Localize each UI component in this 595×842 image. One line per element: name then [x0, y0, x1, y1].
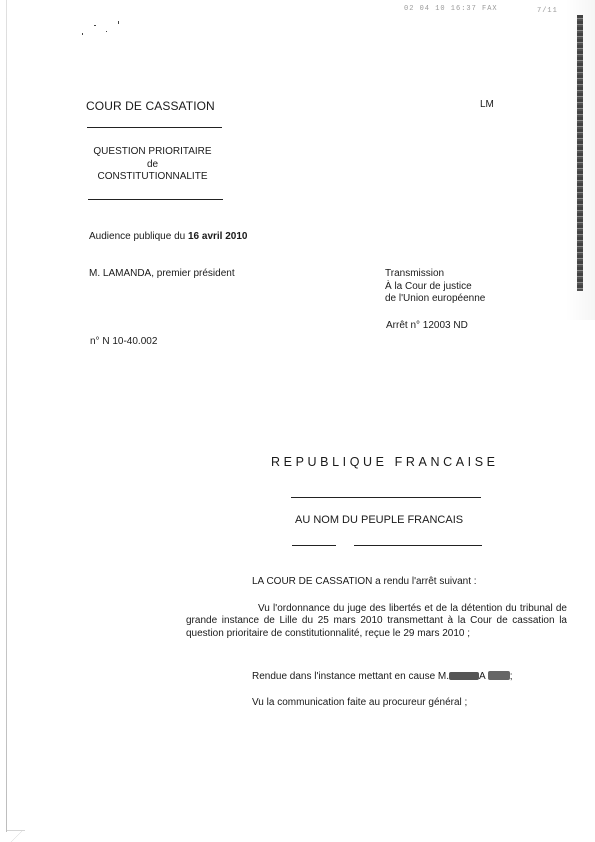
- clerk-initials: LM: [480, 99, 494, 110]
- procedure-type: QUESTION PRIORITAIRE de CONSTITUTIONNALI…: [86, 146, 219, 184]
- divider: [291, 497, 481, 498]
- paragraph-instance: Rendue dans l'instance mettant en cause …: [252, 671, 512, 682]
- ruling-intro: LA COUR DE CASSATION a rendu l'arrêt sui…: [252, 576, 477, 587]
- redacted-name: [449, 672, 479, 680]
- court-name: COUR DE CASSATION: [86, 99, 215, 113]
- divider: [87, 127, 222, 128]
- procedure-line-3: CONSTITUTIONNALITE: [86, 171, 219, 184]
- scan-speck: [94, 25, 96, 26]
- president: M. LAMANDA, premier président: [89, 268, 235, 279]
- transmission-line-1: Transmission: [385, 268, 485, 281]
- divider: [292, 545, 336, 546]
- republic-heading: REPUBLIQUE FRANCAISE: [271, 455, 499, 469]
- scan-speck: [106, 31, 107, 32]
- procedure-line-1: QUESTION PRIORITAIRE: [86, 146, 219, 159]
- divider: [88, 199, 223, 200]
- case-number: n° N 10-40.002: [90, 336, 157, 347]
- redacted-initial: A: [479, 671, 486, 682]
- instance-text: Rendue dans l'instance mettant en cause …: [252, 671, 449, 682]
- fax-side-strip: [577, 15, 583, 291]
- procedure-line-2: de: [86, 159, 219, 172]
- hearing-date: Audience publique du 16 avril 2010: [89, 231, 247, 242]
- paragraph-communication: Vu la communication faite au procureur g…: [252, 697, 467, 708]
- fax-header-line: 02 04 10 16:37 FAX: [404, 5, 498, 13]
- fax-page-count: 7/11: [537, 7, 558, 15]
- hearing-date-value: 16 avril 2010: [188, 231, 248, 242]
- transmission-line-2: À la Cour de justice: [385, 281, 485, 294]
- scan-speck: [82, 33, 83, 35]
- paragraph-ordonnance: Vu l'ordonnance du juge des libertés et …: [186, 603, 567, 640]
- transmission-block: Transmission À la Cour de justice de l'U…: [385, 268, 485, 306]
- people-heading: AU NOM DU PEUPLE FRANCAIS: [295, 514, 463, 526]
- instance-end: ;: [510, 671, 513, 682]
- hearing-prefix: Audience publique du: [89, 231, 188, 242]
- transmission-line-3: de l'Union européenne: [385, 293, 485, 306]
- page-folded-corner: [7, 830, 25, 842]
- scan-speck: [118, 21, 119, 24]
- page-left-edge: [6, 0, 7, 832]
- divider: [354, 545, 482, 546]
- arret-number: Arrêt n° 12003 ND: [386, 320, 468, 331]
- redacted-surname: [488, 671, 510, 680]
